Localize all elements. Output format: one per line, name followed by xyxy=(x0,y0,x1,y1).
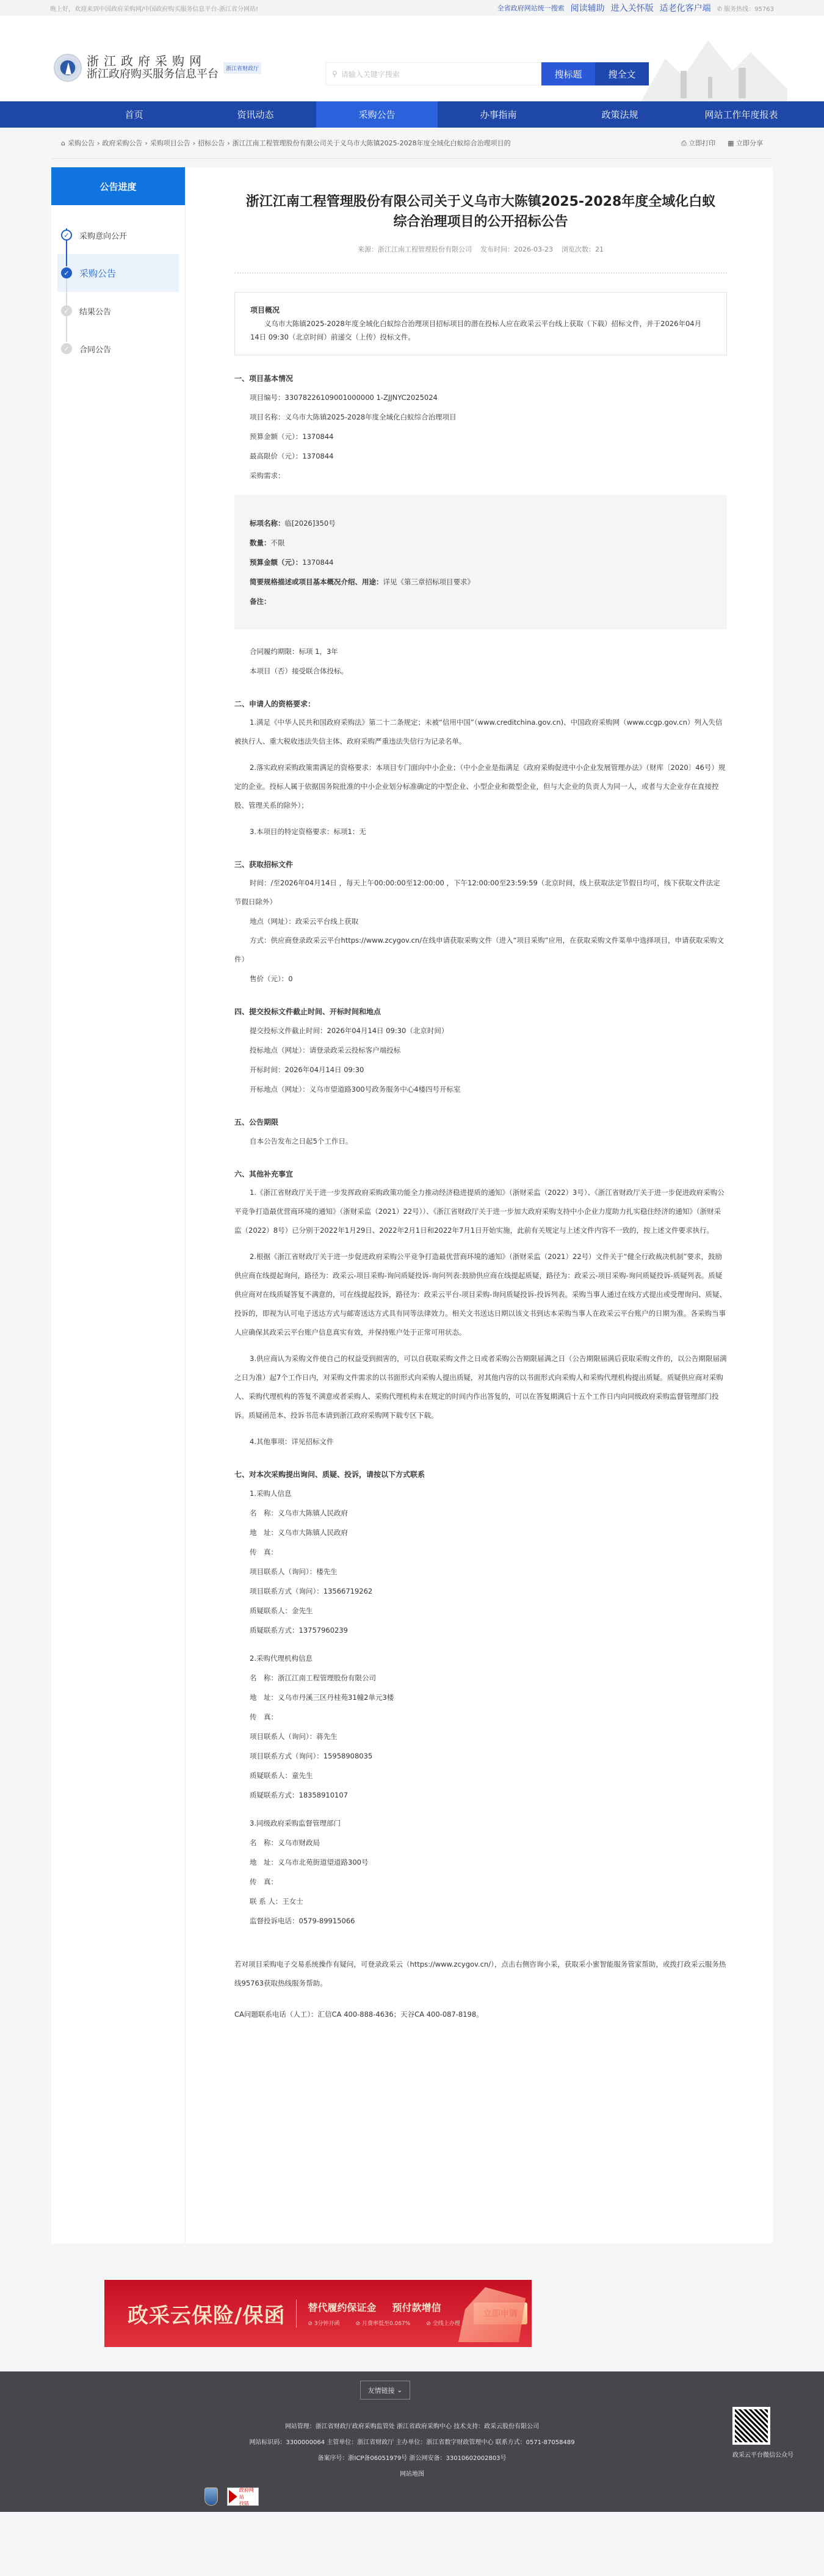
qrcode-icon xyxy=(732,2407,770,2445)
section-contacts: 七、对本次采购提出询问、质疑、投诉，请按以下方式联系 1.采购人信息 名 称：义… xyxy=(234,1468,727,1931)
emblem-icon xyxy=(54,54,82,82)
breadcrumb-item[interactable]: 采购公告 xyxy=(68,138,95,148)
top-bar: 晚上好，欢迎来到中国政府采购网/中国政府购买服务信息平台-浙江省分网站! 全省政… xyxy=(0,0,824,16)
site-logo[interactable]: 浙江政府采购网 浙江政府购买服务信息平台 浙江省财政厅 xyxy=(54,54,261,82)
footer-identity: 网站标识码：3300000064 主管单位：浙江省财政厅 主办单位：浙江省数字财… xyxy=(0,2435,824,2451)
check-circle-icon: ✓ xyxy=(61,267,72,278)
care-mode-link[interactable]: 进入关怀版 xyxy=(611,2,654,14)
step-contract[interactable]: ✓合同公告 xyxy=(51,330,185,368)
search-icon: ⚲ xyxy=(332,70,338,78)
article: 浙江江南工程管理股份有限公司关于义乌市大陈镇2025-2028年度全域化白蚁综合… xyxy=(186,167,773,2243)
section-period: 五、公告期限 自本公告发布之日起5个工作日。 xyxy=(234,1116,727,1151)
step-intent[interactable]: ✓采购意向公开 xyxy=(51,216,185,254)
nav-procurement-notice[interactable]: 采购公告 xyxy=(316,101,438,128)
chevron-down-icon: ⌄ xyxy=(397,2386,402,2394)
supervisor-info: 3.同级政府采购监督管理部门 名 称：义乌市财政局 地 址：义乌市北苑街道望道路… xyxy=(234,1813,727,1931)
section-supplementary: 六、其他补充事宜 1.《浙江省财政厅关于进一步发挥政府采购政策功能全力推动经济稳… xyxy=(234,1168,727,1451)
site-footer: 友情链接 ⌄ 网站管理：浙江省财政厅政府采购监管处 浙江省政府采购中心 技术支持… xyxy=(0,2371,824,2512)
wechat-qr: 政采云平台微信公众号 xyxy=(732,2407,793,2459)
banner-title: 政采云保险/保函 xyxy=(128,2299,285,2329)
section-obtain-documents: 三、获取招标文件 时间：/至2026年04月14日 ，每天上午00:00:00至… xyxy=(234,858,727,989)
sidebar-title: 公告进度 xyxy=(51,167,185,205)
lot-info-box: 标项名称：临[2026]350号 数量：不限 预算金额（元）：1370844 简… xyxy=(234,495,727,629)
view-count: 浏览次数：21 xyxy=(562,244,604,254)
nav-policy[interactable]: 政策法规 xyxy=(559,101,681,128)
home-icon[interactable]: ⌂ xyxy=(61,139,65,147)
share-button[interactable]: ▦ 立即分享 xyxy=(728,138,763,148)
logo-title: 浙江政府采购网 xyxy=(87,54,219,68)
agency-info: 2.采购代理机构信息 名 称：浙江江南工程管理股份有限公司 地 址：义乌市丹溪三… xyxy=(234,1649,727,1805)
step-result[interactable]: ✓结果公告 xyxy=(51,292,185,330)
hotline: ✆ 服务热线：95763 xyxy=(717,4,774,13)
check-circle-icon: ✓ xyxy=(61,230,72,241)
check-circle-icon: ✓ xyxy=(61,305,72,316)
divider xyxy=(51,158,773,159)
system-help-note: 若对项目采购电子交易系统操作有疑问，可登录政采云（https://www.zcy… xyxy=(234,1955,727,1993)
nav-news[interactable]: 资讯动态 xyxy=(195,101,316,128)
progress-sidebar: 公告进度 ✓采购意向公开 ✓采购公告 ✓结果公告 ✓合同公告 xyxy=(51,167,186,2243)
gov-site-error-report-button[interactable]: 政府网站找错 xyxy=(227,2487,259,2506)
print-button[interactable]: ⎙ 立即打印 xyxy=(681,138,715,148)
logo-badge: 浙江省财政厅 xyxy=(223,62,261,74)
nav-guide[interactable]: 办事指南 xyxy=(438,101,559,128)
banner-illustration-icon xyxy=(458,2287,526,2342)
sitemap-link[interactable]: 网站地图 xyxy=(0,2467,824,2483)
overview-box: 项目概况 义乌市大陈镇2025-2028年度全域化白蚁综合治理项目招标项目的潜在… xyxy=(234,292,727,355)
friend-links-dropdown[interactable]: 友情链接 ⌄ xyxy=(360,2381,410,2400)
phone-icon: ✆ xyxy=(717,6,725,13)
search-input[interactable]: ⚲请输入关键字搜索 xyxy=(325,62,541,85)
article-title: 浙江江南工程管理股份有限公司关于义乌市大陈镇2025-2028年度全域化白蚁综合… xyxy=(234,192,727,232)
breadcrumb-current: 浙江江南工程管理股份有限公司关于义乌市大陈镇2025-2028年度全域化白蚁综合… xyxy=(233,138,511,148)
insurance-banner[interactable]: 政采云保险/保函 替代履约保证金预付款增信 ⊘ 3分钟开函⊘ 月费率低至0.06… xyxy=(104,2280,532,2347)
footer-icp[interactable]: 备案序号：浙ICP备06051979号 浙公网安备：33010602002803… xyxy=(0,2451,824,2467)
mountain-decoration-icon xyxy=(641,34,787,101)
welcome-text: 晚上好，欢迎来到中国政府采购网/中国政府购买服务信息平台-浙江省分网站! xyxy=(50,4,258,13)
qrcode-icon: ▦ xyxy=(728,139,736,147)
section-deadline: 四、提交投标文件截止时间、开标时间和地点 提交投标文件截止时间：2026年04月… xyxy=(234,1006,727,1099)
section-qualification: 二、申请人的资格要求： 1.满足《中华人民共和国政府采购法》第二十二条规定；未被… xyxy=(234,698,727,841)
footer-manage: 网站管理：浙江省财政厅政府采购监管处 浙江省政府采购中心 技术支持：政采云股份有… xyxy=(0,2419,824,2435)
section-basic-info: 一、项目基本情况 项目编号：33078226109001000000 1-ZJJ… xyxy=(234,372,727,681)
source: 来源：浙江江南工程管理股份有限公司 xyxy=(358,244,472,254)
reading-assist-link[interactable]: 阅读辅助 xyxy=(571,2,605,14)
site-header: 浙江政府采购网 浙江政府购买服务信息平台 浙江省财政厅 ⚲请输入关键字搜索 搜标… xyxy=(0,16,824,101)
purchaser-info: 1.采购人信息 名 称：义乌市大陈镇人民政府 地 址：义乌市大陈镇人民政府 传 … xyxy=(234,1484,727,1640)
check-circle-icon: ✓ xyxy=(61,343,72,354)
main-nav: 首页 资讯动态 采购公告 办事指南 政策法规 网站工作年度报表 xyxy=(0,101,824,128)
province-search-link[interactable]: 全省政府网站统一搜索 xyxy=(497,3,565,13)
breadcrumb-item[interactable]: 采购项目公告 xyxy=(150,138,190,148)
ca-contact-note: CA问题联系电话（人工）：汇信CA 400-888-4636；天谷CA 400-… xyxy=(234,2005,727,2024)
breadcrumb-item[interactable]: 政府采购公告 xyxy=(102,138,142,148)
elderly-client-link[interactable]: 适老化客户端 xyxy=(660,2,711,14)
search-bar: ⚲请输入关键字搜索 搜标题 搜全文 xyxy=(325,62,649,85)
nav-home[interactable]: 首页 xyxy=(73,101,195,128)
printer-icon: ⎙ xyxy=(681,139,688,147)
breadcrumb: ⌂ 采购公告› 政府采购公告› 采购项目公告› 招标公告› 浙江江南工程管理股份… xyxy=(0,128,824,158)
publish-time: 发布时间：2026-03-23 xyxy=(480,244,553,254)
search-title-button[interactable]: 搜标题 xyxy=(541,62,595,85)
dotted-divider xyxy=(234,272,727,274)
institution-badge-icon[interactable] xyxy=(204,2487,218,2506)
step-procurement-notice[interactable]: ✓采购公告 xyxy=(57,254,179,292)
content-wrapper: 公告进度 ✓采购意向公开 ✓采购公告 ✓结果公告 ✓合同公告 浙江江南工程管理股… xyxy=(51,167,773,2243)
magnifier-icon xyxy=(229,2490,237,2503)
breadcrumb-item[interactable]: 招标公告 xyxy=(198,138,225,148)
logo-subtitle: 浙江政府购买服务信息平台 xyxy=(87,68,219,81)
nav-annual-report[interactable]: 网站工作年度报表 xyxy=(681,101,802,128)
article-meta: 来源：浙江江南工程管理股份有限公司 发布时间：2026-03-23 浏览次数：2… xyxy=(234,244,727,254)
